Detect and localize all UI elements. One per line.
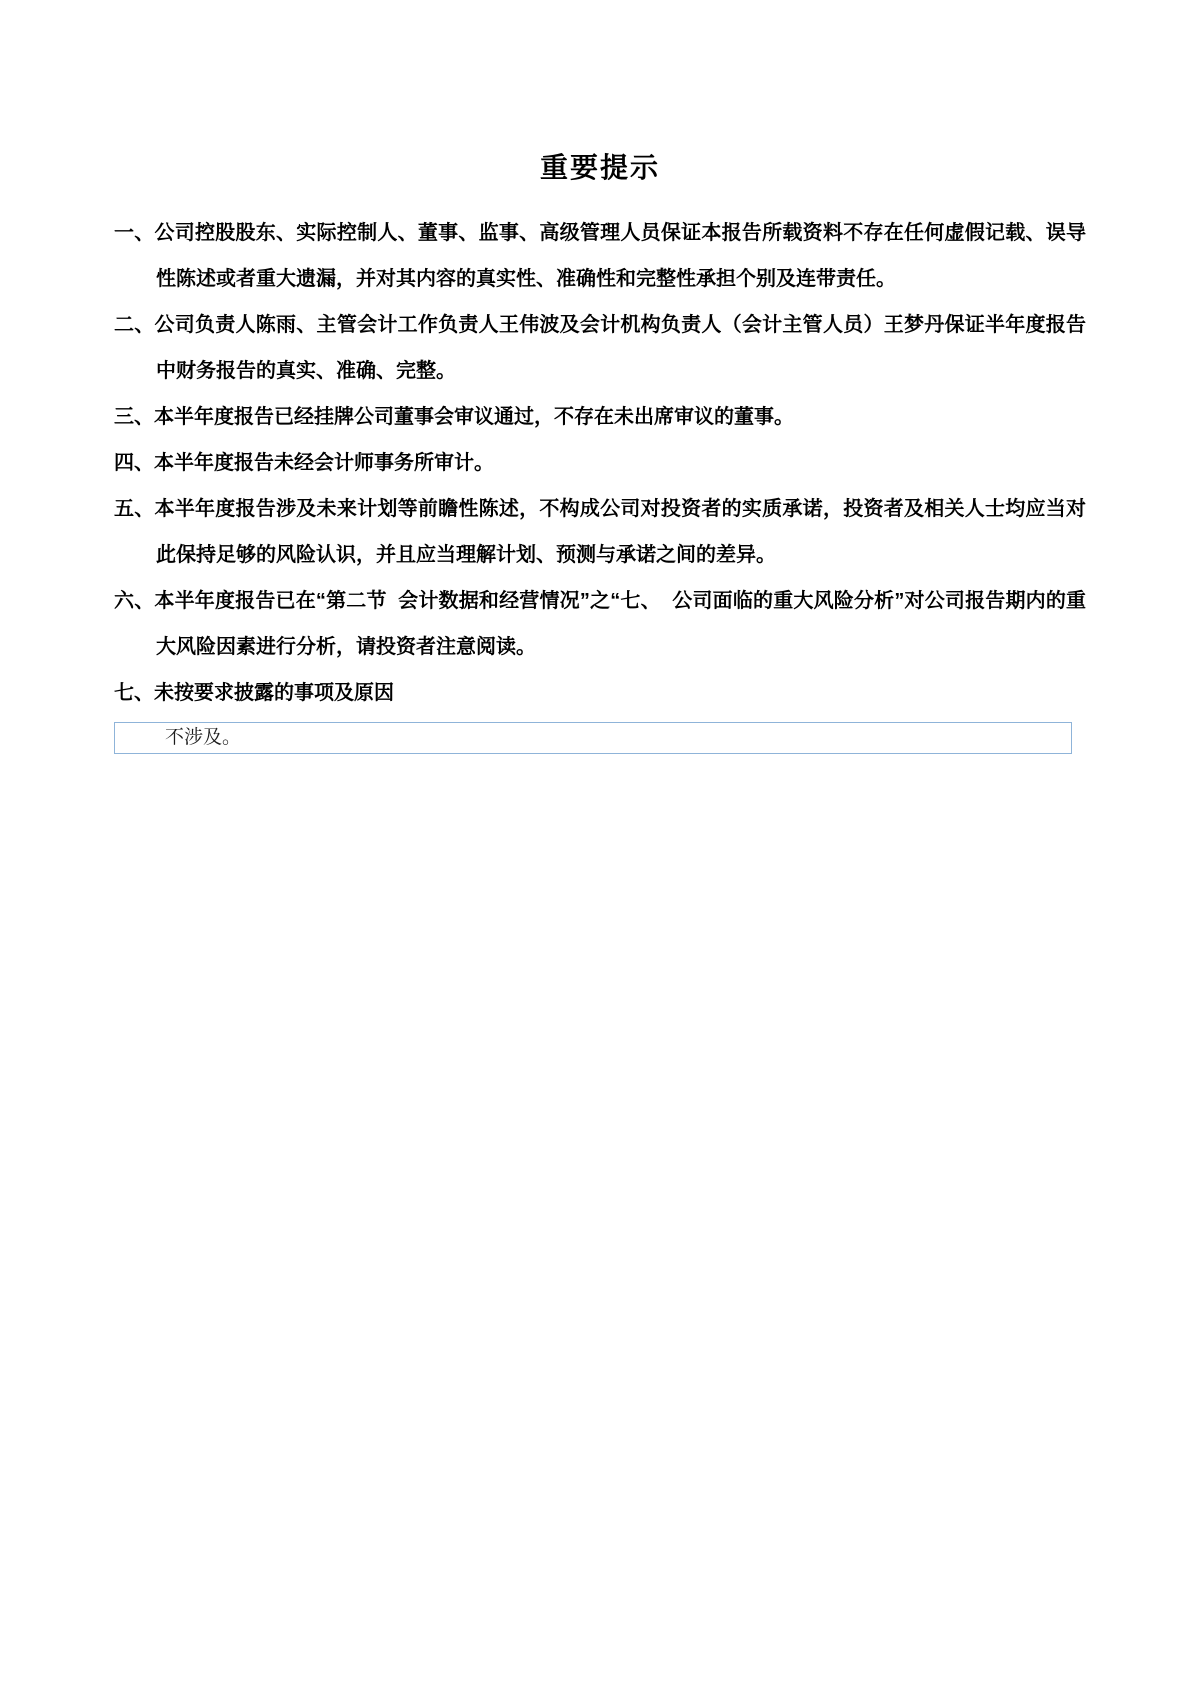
document-content: 重要提示 一、公司控股股东、实际控制人、董事、监事、高级管理人员保证本报告所载资…	[114, 148, 1086, 754]
document-page: 重要提示 一、公司控股股东、实际控制人、董事、监事、高级管理人员保证本报告所载资…	[0, 0, 1200, 1696]
item-number: 三、	[114, 406, 154, 428]
item-number: 七、	[114, 682, 154, 704]
item-text: 公司负责人陈雨、主管会计工作负责人王伟波及会计机构负责人（会计主管人员）王梦丹保…	[155, 314, 1087, 382]
item-text: 本半年度报告已在“第二节 会计数据和经营情况”之“七、 公司面临的重大风险分析”…	[154, 590, 1086, 658]
notice-item-6: 六、本半年度报告已在“第二节 会计数据和经营情况”之“七、 公司面临的重大风险分…	[114, 578, 1086, 670]
not-applicable-text: 不涉及。	[165, 727, 241, 748]
notice-item-1: 一、公司控股股东、实际控制人、董事、监事、高级管理人员保证本报告所载资料不存在任…	[114, 210, 1086, 302]
notice-item-5: 五、本半年度报告涉及未来计划等前瞻性陈述，不构成公司对投资者的实质承诺，投资者及…	[114, 486, 1086, 578]
item-text: 公司控股股东、实际控制人、董事、监事、高级管理人员保证本报告所载资料不存在任何虚…	[155, 222, 1087, 290]
item-text: 本半年度报告未经会计师事务所审计。	[154, 452, 494, 474]
item-number: 四、	[114, 452, 154, 474]
item-text: 未按要求披露的事项及原因	[154, 682, 394, 704]
item-text: 本半年度报告已经挂牌公司董事会审议通过，不存在未出席审议的董事。	[154, 406, 794, 428]
notice-item-3: 三、本半年度报告已经挂牌公司董事会审议通过，不存在未出席审议的董事。	[114, 394, 1086, 440]
page-title: 重要提示	[114, 148, 1086, 188]
notice-item-2: 二、公司负责人陈雨、主管会计工作负责人王伟波及会计机构负责人（会计主管人员）王梦…	[114, 302, 1086, 394]
item-number: 五、	[114, 498, 155, 520]
notice-item-7: 七、未按要求披露的事项及原因	[114, 670, 1086, 716]
item-text: 本半年度报告涉及未来计划等前瞻性陈述，不构成公司对投资者的实质承诺，投资者及相关…	[155, 498, 1087, 566]
item-number: 二、	[114, 314, 155, 336]
item-number: 一、	[114, 222, 155, 244]
notice-item-4: 四、本半年度报告未经会计师事务所审计。	[114, 440, 1086, 486]
item-number: 六、	[114, 590, 154, 612]
not-applicable-box: 不涉及。	[114, 722, 1072, 754]
